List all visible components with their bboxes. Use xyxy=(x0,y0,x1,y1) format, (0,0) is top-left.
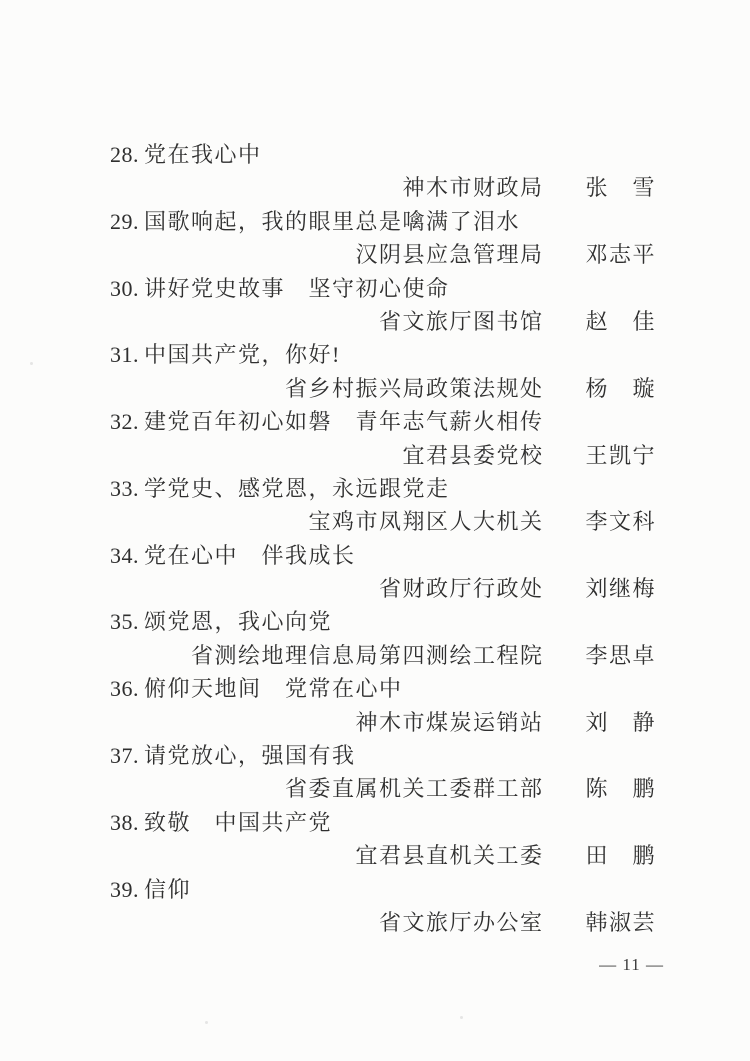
entry-title: 学党史、感党恩，永远跟党走 xyxy=(144,476,450,501)
entry-person-name: 韩淑芸 xyxy=(585,906,656,939)
entry-number: 36. xyxy=(110,672,139,705)
entry: 28.党在我心中 神木市财政局张 雪 xyxy=(110,138,656,205)
entry-title-line: 29.国歌响起，我的眼里总是噙满了泪水 xyxy=(110,205,656,238)
entry-person-name: 张 雪 xyxy=(585,171,656,204)
scan-speck xyxy=(205,1021,208,1024)
entry-person-name: 杨 璇 xyxy=(585,372,656,405)
entry-attribution-line: 省乡村振兴局政策法规处杨 璇 xyxy=(110,372,656,405)
entry-title-line: 32.建党百年初心如磐 青年志气薪火相传 xyxy=(110,405,656,438)
entry-organization: 汉阴县应急管理局 xyxy=(355,242,543,267)
entry-number: 30. xyxy=(110,272,139,305)
entry-attribution-line: 宝鸡市凤翔区人大机关李文科 xyxy=(110,505,656,538)
entry-attribution-line: 汉阴县应急管理局邓志平 xyxy=(110,238,656,271)
entry-title: 致敬 中国共产党 xyxy=(144,810,332,835)
entry-title: 请党放心，强国有我 xyxy=(144,743,356,768)
entry-title-line: 38.致敬 中国共产党 xyxy=(110,806,656,839)
scan-speck xyxy=(460,1016,463,1019)
entry-person-name: 李文科 xyxy=(585,505,656,538)
entry-person-name: 田 鹏 xyxy=(585,839,656,872)
entry-number: 39. xyxy=(110,873,139,906)
entry-attribution-line: 省文旅厅办公室韩淑芸 xyxy=(110,906,656,939)
entry-title-line: 39.信仰 xyxy=(110,873,656,906)
entry: 33.学党史、感党恩，永远跟党走 宝鸡市凤翔区人大机关李文科 xyxy=(110,472,656,539)
entry: 37.请党放心，强国有我 省委直属机关工委群工部陈 鹏 xyxy=(110,739,656,806)
entry-title: 建党百年初心如磐 青年志气薪火相传 xyxy=(144,409,544,434)
entry-number: 31. xyxy=(110,338,139,371)
entry-organization: 省文旅厅办公室 xyxy=(379,910,544,935)
entry: 34.党在心中 伴我成长 省财政厅行政处刘继梅 xyxy=(110,539,656,606)
entry-title: 国歌响起，我的眼里总是噙满了泪水 xyxy=(144,209,520,234)
entry-number: 33. xyxy=(110,472,139,505)
entry: 35.颂党恩，我心向党 省测绘地理信息局第四测绘工程院李思卓 xyxy=(110,605,656,672)
entry-attribution-line: 神木市煤炭运销站刘 静 xyxy=(110,706,656,739)
entry: 36.俯仰天地间 党常在心中 神木市煤炭运销站刘 静 xyxy=(110,672,656,739)
entry-attribution-line: 省文旅厅图书馆赵 佳 xyxy=(110,305,656,338)
entry-person-name: 赵 佳 xyxy=(585,305,656,338)
entry: 38.致敬 中国共产党 宜君县直机关工委田 鹏 xyxy=(110,806,656,873)
entry-attribution-line: 神木市财政局张 雪 xyxy=(110,171,656,204)
entry-attribution-line: 宜君县委党校王凯宁 xyxy=(110,439,656,472)
entry-title-line: 36.俯仰天地间 党常在心中 xyxy=(110,672,656,705)
entry-organization: 省测绘地理信息局第四测绘工程院 xyxy=(191,643,544,668)
entry-title-line: 30.讲好党史故事 坚守初心使命 xyxy=(110,272,656,305)
entry-organization: 省文旅厅图书馆 xyxy=(379,309,544,334)
entry-title-line: 33.学党史、感党恩，永远跟党走 xyxy=(110,472,656,505)
entry-person-name: 邓志平 xyxy=(585,238,656,271)
entry-number: 32. xyxy=(110,405,139,438)
entry-title-line: 37.请党放心，强国有我 xyxy=(110,739,656,772)
entry-number: 29. xyxy=(110,205,139,238)
entry: 39.信仰 省文旅厅办公室韩淑芸 xyxy=(110,873,656,940)
entry-organization: 省委直属机关工委群工部 xyxy=(285,776,544,801)
award-entries-list: 28.党在我心中 神木市财政局张 雪 29.国歌响起，我的眼里总是噙满了泪水 汉… xyxy=(110,138,656,939)
entry-number: 28. xyxy=(110,138,139,171)
entry-title: 党在我心中 xyxy=(144,142,262,167)
entry-person-name: 刘 静 xyxy=(585,706,656,739)
page-number: — 11 — xyxy=(599,953,664,977)
entry-organization: 神木市财政局 xyxy=(402,175,543,200)
entry: 30.讲好党史故事 坚守初心使命 省文旅厅图书馆赵 佳 xyxy=(110,272,656,339)
entry-organization: 宝鸡市凤翔区人大机关 xyxy=(308,509,543,534)
entry-number: 38. xyxy=(110,806,139,839)
entry-title: 中国共产党，你好! xyxy=(144,342,341,367)
entry-person-name: 李思卓 xyxy=(585,639,656,672)
entry-title: 颂党恩，我心向党 xyxy=(144,609,332,634)
entry-title: 信仰 xyxy=(144,877,191,902)
entry: 29.国歌响起，我的眼里总是噙满了泪水 汉阴县应急管理局邓志平 xyxy=(110,205,656,272)
scanned-document-page: 28.党在我心中 神木市财政局张 雪 29.国歌响起，我的眼里总是噙满了泪水 汉… xyxy=(0,0,750,1061)
entry-organization: 宜君县直机关工委 xyxy=(355,843,543,868)
entry-person-name: 王凯宁 xyxy=(585,439,656,472)
entry-title-line: 35.颂党恩，我心向党 xyxy=(110,605,656,638)
entry-title-line: 28.党在我心中 xyxy=(110,138,656,171)
entry-number: 35. xyxy=(110,605,139,638)
entry-person-name: 刘继梅 xyxy=(585,572,656,605)
entry: 31.中国共产党，你好! 省乡村振兴局政策法规处杨 璇 xyxy=(110,338,656,405)
entry-number: 34. xyxy=(110,539,139,572)
entry-number: 37. xyxy=(110,739,139,772)
scan-speck xyxy=(30,362,33,365)
entry-person-name: 陈 鹏 xyxy=(585,772,656,805)
entry-attribution-line: 省测绘地理信息局第四测绘工程院李思卓 xyxy=(110,639,656,672)
entry-title-line: 31.中国共产党，你好! xyxy=(110,338,656,371)
entry-organization: 省乡村振兴局政策法规处 xyxy=(285,376,544,401)
entry-title: 俯仰天地间 党常在心中 xyxy=(144,676,403,701)
entry-title: 讲好党史故事 坚守初心使命 xyxy=(144,276,450,301)
entry-attribution-line: 省委直属机关工委群工部陈 鹏 xyxy=(110,772,656,805)
entry-organization: 神木市煤炭运销站 xyxy=(355,710,543,735)
entry-organization: 省财政厅行政处 xyxy=(379,576,544,601)
entry: 32.建党百年初心如磐 青年志气薪火相传 宜君县委党校王凯宁 xyxy=(110,405,656,472)
entry-title: 党在心中 伴我成长 xyxy=(144,543,356,568)
entry-attribution-line: 省财政厅行政处刘继梅 xyxy=(110,572,656,605)
entry-attribution-line: 宜君县直机关工委田 鹏 xyxy=(110,839,656,872)
entry-organization: 宜君县委党校 xyxy=(402,443,543,468)
entry-title-line: 34.党在心中 伴我成长 xyxy=(110,539,656,572)
